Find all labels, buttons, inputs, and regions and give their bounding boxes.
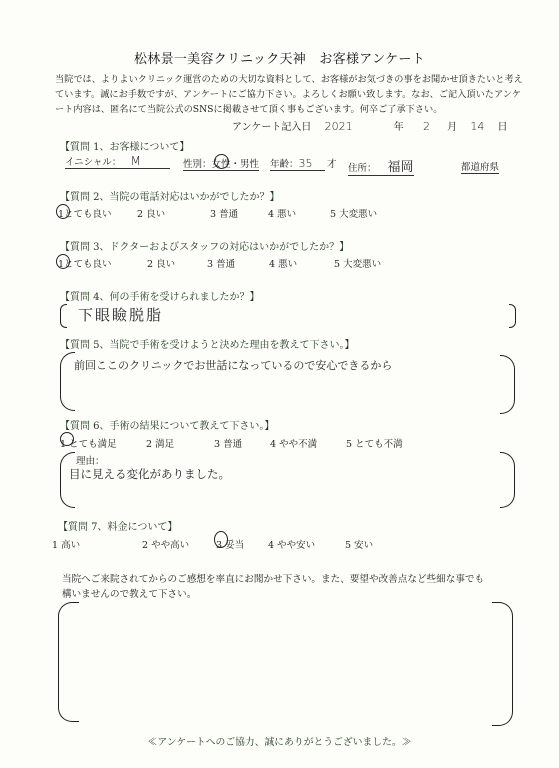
feedback-bracket-left [58, 602, 79, 722]
q5-answer[interactable]: 前回ここのクリニックでお世話になっているので安心できるから [74, 357, 392, 373]
age-value[interactable]: 35 [299, 157, 313, 170]
initial-label: イニシャル： [65, 157, 121, 168]
q7-selection-circle [214, 531, 228, 548]
year-unit: 年 [394, 122, 404, 133]
initial-field[interactable]: イニシャル： M [65, 154, 170, 169]
address-value[interactable]: 福岡 [388, 160, 414, 175]
q4-bracket-left [60, 304, 67, 328]
q3-selection-circle [56, 254, 70, 269]
address-unit: 都道府県 [461, 159, 499, 174]
intro-line-1: 当院では、よりよいクリニック運営のための大切な資料として、お客様がお気づきの事を… [55, 72, 523, 87]
q6-reason[interactable]: 目に見える変化がありました。 [69, 466, 230, 482]
q7-option-1[interactable]: 1 高い [52, 537, 80, 551]
q7-option-2[interactable]: 2 やや高い [142, 537, 189, 551]
date-year[interactable]: 2021 [325, 120, 353, 133]
q4-answer[interactable]: 下眼瞼脱脂 [78, 304, 163, 325]
q3-option-4[interactable]: 4 悪い [269, 256, 297, 270]
age-field[interactable]: 年齢：35 [270, 156, 325, 171]
q3-option-3[interactable]: 3 普通 [207, 256, 235, 270]
feedback-prompt-line-2: 構いませんので教えて下さい。 [62, 586, 196, 600]
q2-option-5[interactable]: 5 大変悪い [330, 206, 377, 220]
q6-option-4[interactable]: 4 やや不満 [270, 436, 317, 450]
q6-reason-label: 理由： [76, 453, 105, 467]
gender-selection-circle [214, 154, 229, 169]
q2-option-4[interactable]: 4 悪い [268, 206, 296, 220]
q2-option-2[interactable]: 2 良い [137, 206, 165, 220]
q3-option-5[interactable]: 5 大変悪い [334, 256, 381, 270]
q6-option-5[interactable]: 5 とても不満 [346, 436, 403, 450]
q5-heading: 【質問 5、当院で手術を受けようと決めた理由を教えて下さい。】 [60, 336, 355, 351]
q1-heading: 【質問 1、お客様について】 [60, 138, 189, 153]
q2-option-3[interactable]: 3 普通 [210, 206, 238, 220]
feedback-prompt-line-1: 当院へご来院されてからのご感想を率直にお聞かせ下さい。また、要望や改善点など些細… [62, 571, 484, 585]
intro-line-2: ています。誠にお手数ですが、アンケートにご協力下さい。よろしくお願い致します。な… [55, 87, 521, 102]
q2-heading: 【質問 2、当院の電話対応はいかがでしたか？】 [60, 188, 280, 203]
q3-heading: 【質問 3、ドクターおよびスタッフの対応はいかがでしたか？】 [60, 238, 349, 253]
date-label: アンケート記入日 [232, 122, 311, 133]
footer-thanks: ≪アンケートへのご協力、誠にありがとうございました。≫ [0, 734, 559, 748]
address-label: 住所： [348, 163, 377, 174]
q4-bracket-right [509, 304, 516, 328]
date-field[interactable]: アンケート記入日 2021 年 2 月 14 日 [232, 118, 508, 133]
initial-value[interactable]: M [130, 154, 140, 168]
intro-line-3: ート内容は、匿名にて当院公式のSNSに掲載させて頂く事もございます。何卒ご了承下… [55, 102, 442, 117]
q2-selection-circle [56, 204, 70, 219]
feedback-bracket-right [492, 602, 513, 726]
date-day[interactable]: 14 [470, 120, 484, 133]
q6-selection-circle [60, 432, 74, 446]
q4-heading: 【質問 4、何の手術を受けられましたか？】 [60, 288, 260, 303]
q6-option-3[interactable]: 3 普通 [214, 436, 242, 450]
month-unit: 月 [447, 122, 457, 133]
q6-bracket-right [500, 452, 515, 508]
day-unit: 日 [498, 122, 508, 133]
q7-option-4[interactable]: 4 やや安い [268, 537, 315, 551]
q5-bracket-right [500, 355, 515, 414]
date-month[interactable]: 2 [423, 120, 430, 133]
q5-bracket-left [60, 352, 75, 411]
address-field[interactable]: 住所： 福岡 [348, 156, 414, 176]
age-unit: 才 [327, 156, 337, 170]
q7-heading: 【質問 7、料金について】 [58, 518, 177, 533]
feedback-answer[interactable] [82, 612, 482, 712]
q6-heading: 【質問 6、手術の結果について教えて下さい。】 [60, 417, 274, 432]
q3-option-2[interactable]: 2 良い [147, 256, 175, 270]
age-label: 年齢： [270, 159, 299, 170]
q6-option-2[interactable]: 2 満足 [146, 436, 174, 450]
survey-title: 松林景一美容クリニック天神 お客様アンケート [0, 48, 559, 67]
q7-option-5[interactable]: 5 安い [345, 537, 373, 551]
